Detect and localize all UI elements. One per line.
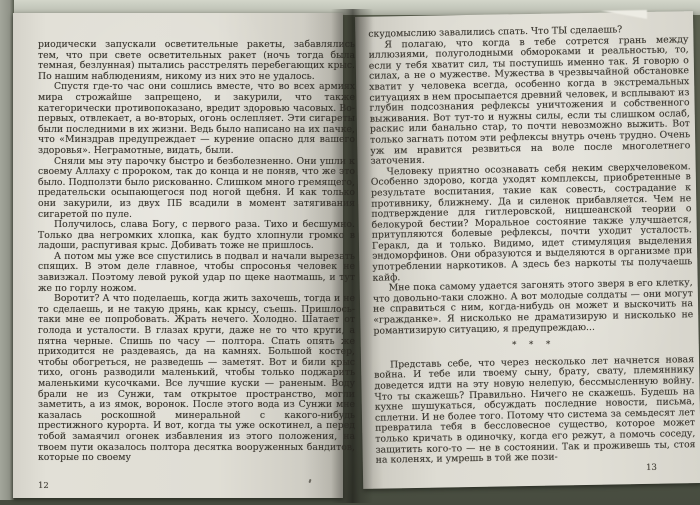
paragraph: Сняли мы эту парочку быстро и безболезне… [38,157,355,221]
paragraph: Получилось, слава Богу, с первого раза. … [38,220,355,252]
page-number: 12 [38,481,49,491]
paragraph: Мне пока самому удается загонять этого з… [373,278,694,337]
page-fold-corner [601,10,647,20]
page-gutter-shadow [331,9,373,503]
paragraph: Человеку приятно осознавать себя неким с… [371,162,693,284]
right-page-text: скудомыслию завалились спать. Что ТЫ сде… [368,24,696,466]
section-separator: * * * [374,337,694,353]
photo-backdrop-left [0,0,14,500]
paragraph: Я полагаю, что когда в тебе сотрется гра… [368,35,690,168]
book-photo: риодически запускали осветительные ракет… [0,0,700,505]
paragraph: Воротит? А что поделаешь, когда жить зах… [38,294,355,464]
paragraph: Спустя где-то час они сошлись вместе, чт… [38,82,355,156]
paragraph: А потом мы уже все спустились в подвал и… [38,252,355,294]
left-page: риодически запускали осветительные ракет… [13,13,343,498]
scan-speck [308,479,311,483]
paragraph: риодически запускали осветительные ракет… [38,40,355,82]
page-number: 13 [646,463,657,473]
paragraph: Представь себе, что через несколько лет … [374,355,696,467]
right-page: скудомыслию завалились спать. Что ТЫ сде… [355,11,700,489]
left-page-text: риодически запускали осветительные ракет… [38,40,355,464]
